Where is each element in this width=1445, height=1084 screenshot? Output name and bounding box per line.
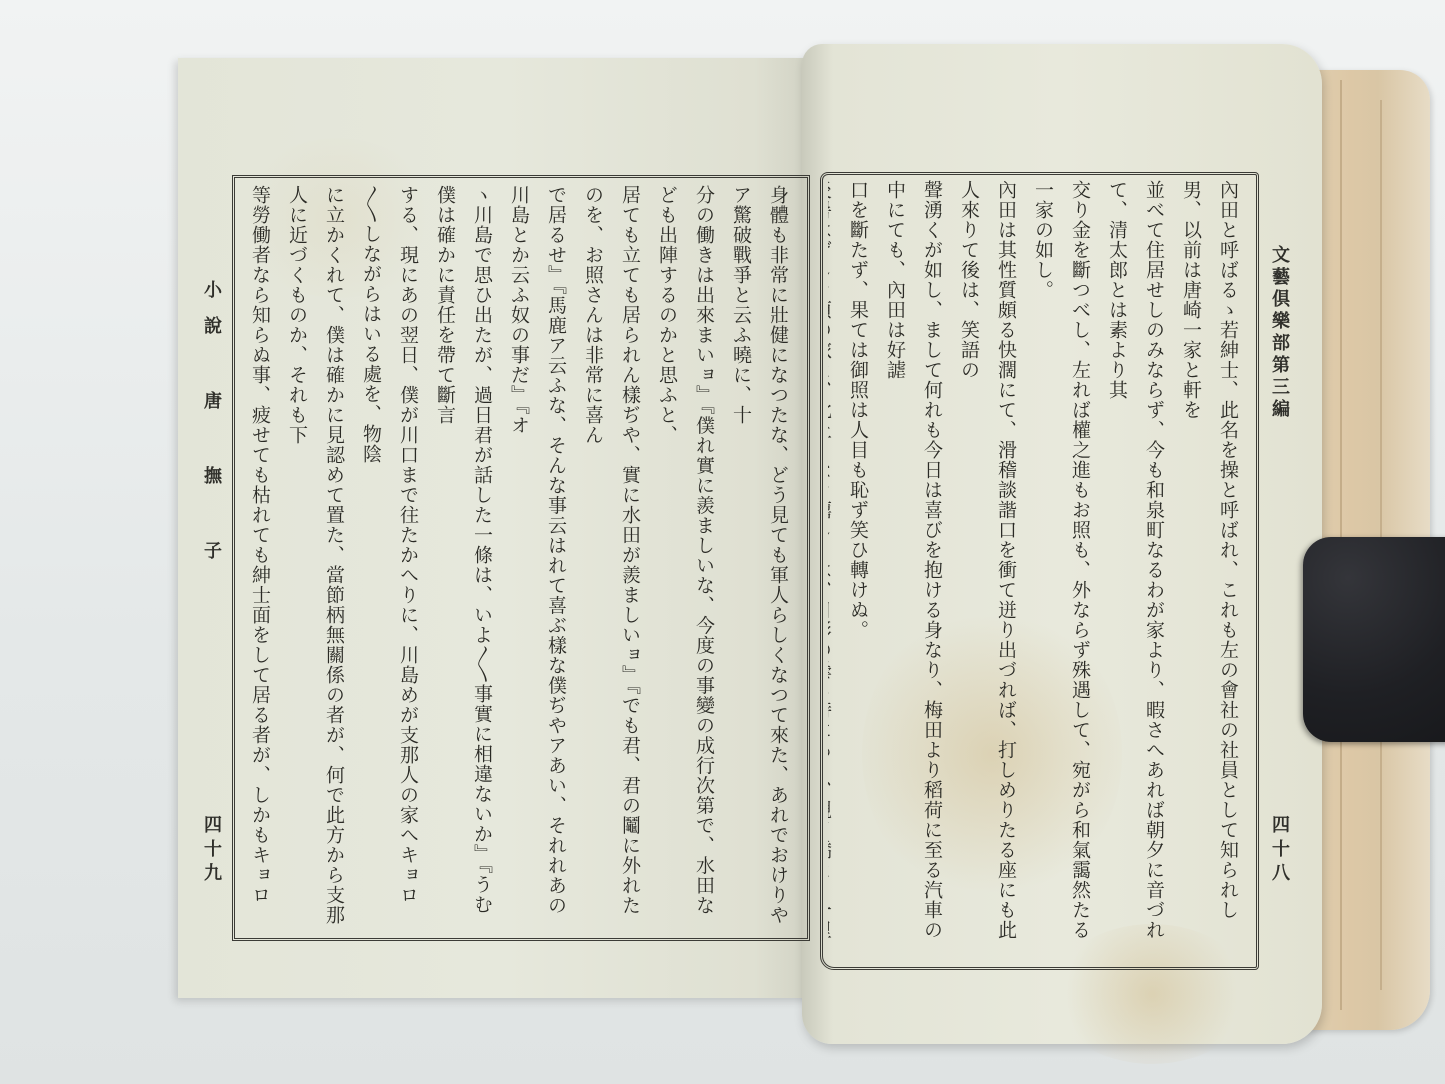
text-column: ヽ川島で思ひ出たが、過日君が話した一條は、いよ〳〵事實に相違ないか』『うむ僕は確…	[426, 185, 500, 925]
text-column: 分の働きは出來まいョ』『僕れ實に羨ましいな、今度の事變の成行次第で、水田なども出…	[648, 185, 722, 925]
right-page-number: 四十八	[1266, 815, 1292, 887]
text-column: 身體も非常に壯健になつたな、どう見ても軍人らしくなつて來た、あれでおけりやア驚破…	[722, 185, 796, 925]
right-page-body: 內田と呼ばるゝ若紳士、此名を操と呼ばれ、これも左の會社の社員として知られし男、以…	[828, 180, 1246, 956]
text-column: 居ても立ても居られん樣ぢや、實に水田が羨ましいョ』『でも君、君の鬮に外れたのを、…	[574, 185, 648, 925]
left-page-body: 身體も非常に壯健になつたな、どう見ても軍人らしくなつて來た、あれでおけりやア驚破…	[240, 185, 796, 925]
text-column: 交り金を斷つべし、左れば權之進もお照も、外ならず殊遇して、宛がら和氣靄然たる一家…	[1024, 180, 1098, 956]
text-column: に立かくれて、僕は確かに見認めて置た、當節柄無關係の者が、何で此方から支那人に近…	[278, 185, 352, 925]
right-running-header: 文藝倶樂部第三編	[1266, 245, 1292, 421]
text-column: 內田は其性質頗る快濶にて、滑稽談諧口を衝て迸り出づれば、打しめりたる座にも此人來…	[950, 180, 1024, 956]
text-column: で居るせ』『馬鹿ア云ふな、そんな事云はれて喜ぶ樣な僕ぢやアあい、それれあの川島と…	[500, 185, 574, 925]
binder-clip	[1303, 537, 1445, 742]
text-column: 聲湧くが如し、まして何れも今日は喜びを抱ける身なり、梅田より稻荷に至る汽車の中に…	[876, 180, 950, 956]
text-column: 等勞働者なら知らぬ事、疲せても枯れても紳士面をして居る者が、しかもキョロ〳〵四下…	[240, 185, 278, 925]
left-running-header: 小說 唐 撫 子	[198, 280, 224, 577]
text-column: 內田と呼ばるゝ若紳士、此名を操と呼ばれ、これも左の會社の社員として知られし男、以…	[1172, 180, 1246, 956]
text-column: 並べて住居せしのみならず、今も和泉町なるわが家より、暇さへあれば朝夕に音づれて、…	[1098, 180, 1172, 956]
text-column: 口を斷たず、果ては御照は人目も恥ず笑ひ轉けぬ。	[839, 180, 876, 956]
left-page-number: 四十九	[198, 815, 224, 887]
text-column: 炎暑はげしき頃の旅よ、此上もなき嬉しさは、日影の曇る時にあり、觀月橋より一里に近…	[828, 180, 839, 956]
text-column: する、現にあの翌日、僕が川口まで往たかへりに、川島めが支那人の家へキョロ〳〵しな…	[352, 185, 426, 925]
